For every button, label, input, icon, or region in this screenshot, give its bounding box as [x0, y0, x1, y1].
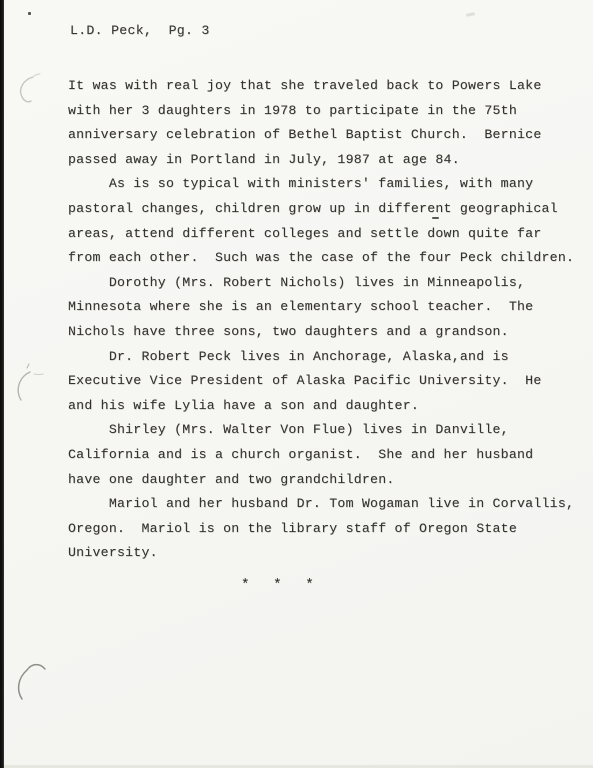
typed-line: Nichols have three sons, two daughters a… — [68, 320, 573, 345]
typed-line: areas, attend different colleges and set… — [68, 222, 573, 247]
typed-line: Oregon. Mariol is on the library staff o… — [68, 517, 573, 542]
typed-line: Dr. Robert Peck lives in Anchorage, Alas… — [68, 345, 573, 370]
typed-line: Minnesota where she is an elementary sch… — [68, 295, 573, 320]
typed-line: Shirley (Mrs. Walter Von Flue) lives in … — [68, 418, 573, 443]
typewriter-overstrike-mark — [432, 217, 439, 219]
typed-line: with her 3 daughters in 1978 to particip… — [68, 99, 573, 124]
typed-line: and his wife Lylia have a son and daught… — [68, 394, 573, 419]
typed-line: Executive Vice President of Alaska Pacif… — [68, 369, 573, 394]
scan-edge-left — [0, 0, 4, 768]
end-of-text-asterisks: * * * — [241, 577, 314, 593]
scanned-page: L.D. Peck, Pg. 3 It was with real joy th… — [0, 0, 593, 768]
typed-line: It was with real joy that she traveled b… — [68, 74, 573, 99]
page-header: L.D. Peck, Pg. 3 — [70, 22, 210, 40]
typed-line: Dorothy (Mrs. Robert Nichols) lives in M… — [68, 271, 573, 296]
typed-line: University. — [68, 541, 573, 566]
typed-line: passed away in Portland in July, 1987 at… — [68, 148, 573, 173]
pencil-mark-middle — [18, 364, 43, 400]
typed-line: anniversary celebration of Bethel Baptis… — [68, 123, 573, 148]
typed-line: have one daughter and two grandchildren. — [68, 468, 573, 493]
typed-line: California and is a church organist. She… — [68, 443, 573, 468]
typed-text-block: It was with real joy that she traveled b… — [68, 74, 573, 566]
faint-smudge — [466, 12, 475, 17]
pencil-mark-bottom — [19, 665, 45, 699]
ink-speck — [28, 12, 31, 15]
pencil-mark-top — [21, 74, 40, 102]
typed-line: As is so typical with ministers' familie… — [68, 172, 573, 197]
typed-line: pastoral changes, children grow up in di… — [68, 197, 573, 222]
typed-line: from each other. Such was the case of th… — [68, 246, 573, 271]
typed-line: Mariol and her husband Dr. Tom Wogaman l… — [68, 492, 573, 517]
